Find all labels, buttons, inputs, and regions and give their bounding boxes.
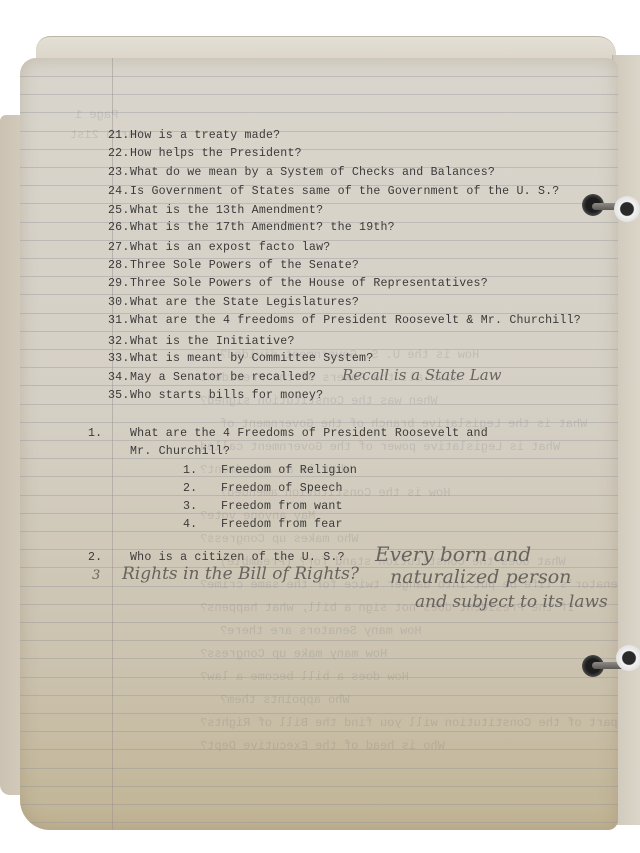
answer-number: 1. bbox=[183, 464, 221, 477]
question-item: 31.What are the 4 freedoms of President … bbox=[108, 314, 581, 327]
bleed-through-text: How many make up Congress? bbox=[200, 647, 387, 661]
bleed-through-text: How many Senators are there? bbox=[220, 624, 422, 638]
answer-item: 4.Freedom from fear bbox=[183, 518, 343, 531]
binder-eyelet bbox=[616, 645, 640, 671]
question-item: 24.Is Government of States same of the G… bbox=[108, 185, 559, 198]
bleed-through-text: What is Legislative power of the Governm… bbox=[200, 440, 560, 454]
question-1-continued: Mr. Churchill? bbox=[130, 445, 230, 458]
question-number: 21. bbox=[108, 129, 130, 142]
question-text: What is an expost facto law? bbox=[130, 241, 330, 254]
ruled-line bbox=[20, 731, 618, 732]
ruled-line bbox=[20, 804, 618, 805]
handwritten-question: Rights in the Bill of Rights? bbox=[122, 564, 359, 584]
bleed-through-text: Who is head of the Executive Dept? bbox=[200, 739, 445, 753]
answer-item: 3.Freedom from want bbox=[183, 500, 343, 513]
question-text: Three Sole Powers of the Senate? bbox=[130, 259, 359, 272]
question-item: 30.What are the State Legislatures? bbox=[108, 296, 359, 309]
question-item: 28.Three Sole Powers of the Senate? bbox=[108, 259, 359, 272]
ruled-line bbox=[20, 458, 618, 459]
question-text: How is a treaty made? bbox=[130, 129, 280, 142]
bleed-through-text: Page 1 bbox=[75, 108, 118, 122]
bleed-through-text: In what part of the Constitution will yo… bbox=[200, 716, 618, 730]
bleed-through-text: Who makes up Congress? bbox=[200, 532, 358, 546]
question-2: 2.Who is a citizen of the U. S.? bbox=[88, 551, 345, 564]
bleed-through-text: How does a bill become a law? bbox=[200, 670, 409, 684]
question-number: 24. bbox=[108, 185, 130, 198]
question-number: 35. bbox=[108, 389, 130, 402]
ruled-line bbox=[20, 786, 618, 787]
question-item: 35.Who starts bills for money? bbox=[108, 389, 323, 402]
notebook-page: Page 1 March 21st How is the U. S. Gover… bbox=[20, 58, 618, 830]
handwritten-question-number: 3 bbox=[92, 568, 100, 583]
question-1: 1.What are the 4 Freedoms of President R… bbox=[88, 427, 488, 440]
question-number: 27. bbox=[108, 241, 130, 254]
question-number: 1. bbox=[88, 427, 130, 440]
answer-number: 2. bbox=[183, 482, 221, 495]
ruled-line bbox=[20, 385, 618, 386]
question-text: What are the State Legislatures? bbox=[130, 296, 359, 309]
ruled-line bbox=[20, 768, 618, 769]
question-item: 33.What is meant by Committee System? bbox=[108, 352, 373, 365]
question-number: 29. bbox=[108, 277, 130, 290]
ruled-line bbox=[20, 640, 618, 641]
question-text: What is the 17th Amendment? the 19th? bbox=[130, 221, 395, 234]
ruled-line bbox=[20, 331, 618, 332]
ruled-line bbox=[20, 294, 618, 295]
question-number: 25. bbox=[108, 204, 130, 217]
question-text: Is Government of States same of the Gove… bbox=[130, 185, 559, 198]
question-number: 34. bbox=[108, 371, 130, 384]
question-item: 27.What is an expost facto law? bbox=[108, 241, 330, 254]
answer-text: Freedom from want bbox=[221, 500, 343, 513]
question-item: 32.What is the Initiative? bbox=[108, 335, 295, 348]
question-item: 23.What do we mean by a System of Checks… bbox=[108, 166, 495, 179]
ruled-line bbox=[20, 622, 618, 623]
question-text: May a Senator be recalled? bbox=[130, 371, 316, 384]
ruled-line bbox=[20, 822, 618, 823]
question-number: 23. bbox=[108, 166, 130, 179]
question-text: What do we mean by a System of Checks an… bbox=[130, 166, 495, 179]
question-text: How helps the President? bbox=[130, 147, 302, 160]
ruled-line bbox=[20, 94, 618, 95]
question-text: What is the Initiative? bbox=[130, 335, 295, 348]
binder-eyelet bbox=[614, 196, 640, 222]
question-number: 32. bbox=[108, 335, 130, 348]
bleed-through-text: Who appoints them? bbox=[220, 693, 350, 707]
question-number: 22. bbox=[108, 147, 130, 160]
question-text: Who is a citizen of the U. S.? bbox=[130, 551, 345, 564]
answer-text: Freedom from fear bbox=[221, 518, 343, 531]
answer-number: 4. bbox=[183, 518, 221, 531]
answer-number: 3. bbox=[183, 500, 221, 513]
question-number: 30. bbox=[108, 296, 130, 309]
question-number: 28. bbox=[108, 259, 130, 272]
question-text: What are the 4 freedoms of President Roo… bbox=[130, 314, 581, 327]
question-item: 21.How is a treaty made? bbox=[108, 129, 280, 142]
ruled-line bbox=[20, 367, 618, 368]
question-text: Three Sole Powers of the House of Repres… bbox=[130, 277, 488, 290]
ruled-line bbox=[20, 713, 618, 714]
question-item: 29.Three Sole Powers of the House of Rep… bbox=[108, 277, 488, 290]
handwritten-note: Recall is a State Law bbox=[342, 366, 502, 384]
question-number: 2. bbox=[88, 551, 130, 564]
handwritten-answer: Every born and bbox=[375, 542, 531, 566]
question-text: What is meant by Committee System? bbox=[130, 352, 373, 365]
question-number: 33. bbox=[108, 352, 130, 365]
ruled-line bbox=[20, 513, 618, 514]
question-text: Who starts bills for money? bbox=[130, 389, 323, 402]
answer-text: Freedom of Speech bbox=[221, 482, 343, 495]
question-item: 25.What is the 13th Amendment? bbox=[108, 204, 323, 217]
handwritten-answer: and subject to its laws bbox=[415, 592, 608, 612]
question-item: 26.What is the 17th Amendment? the 19th? bbox=[108, 221, 395, 234]
question-item: 22.How helps the President? bbox=[108, 147, 302, 160]
question-text: What are the 4 Freedoms of President Roo… bbox=[130, 427, 488, 440]
answer-item: 2.Freedom of Speech bbox=[183, 482, 343, 495]
answer-item: 1.Freedom of Religion bbox=[183, 464, 357, 477]
handwritten-answer: naturalized person bbox=[390, 566, 571, 588]
ruled-line bbox=[20, 76, 618, 77]
question-item: 34.May a Senator be recalled? bbox=[108, 371, 316, 384]
question-number: 26. bbox=[108, 221, 130, 234]
question-text: What is the 13th Amendment? bbox=[130, 204, 323, 217]
question-number: 31. bbox=[108, 314, 130, 327]
answer-text: Freedom of Religion bbox=[221, 464, 357, 477]
